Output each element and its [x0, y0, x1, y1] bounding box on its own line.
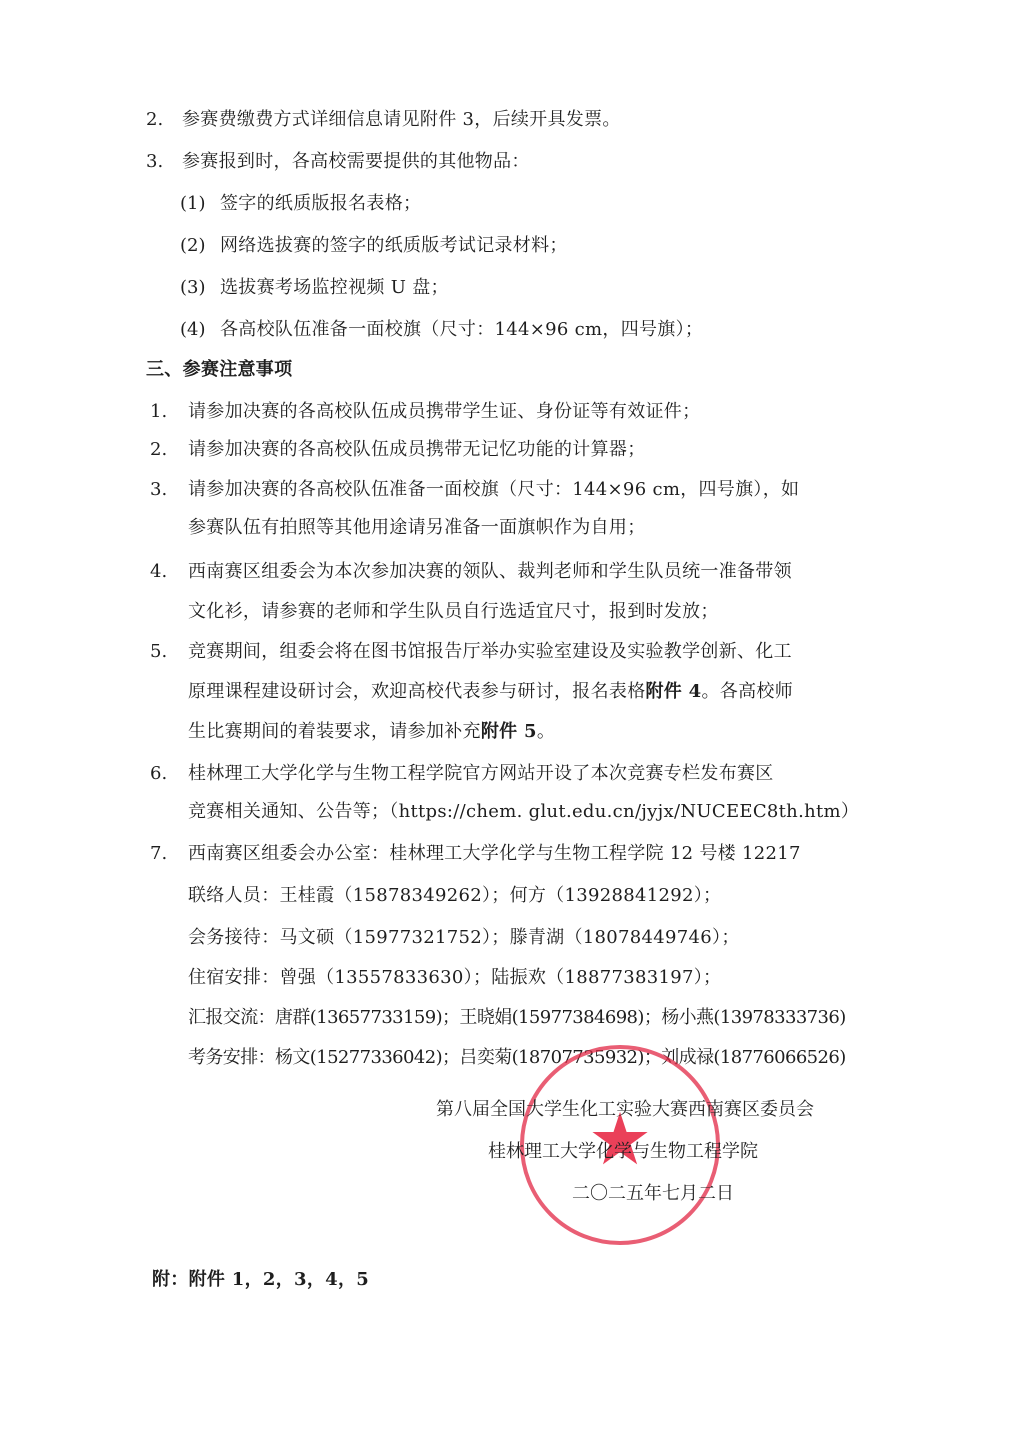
attachment-ref: 附件 4	[646, 681, 702, 702]
item-text: 西南赛区组委会为本次参加决赛的领队、裁判老师和学生队员统一准备带领	[188, 560, 792, 584]
item-text-continued: 生比赛期间的着装要求，请参加补充附件 5。	[188, 720, 555, 744]
signature-date: 二〇二五年七月二日	[572, 1182, 734, 1206]
item-text: 参赛费缴费方式详细信息请见附件 3，后续开具发票。	[182, 108, 621, 132]
sub-item-text: 选拔赛考场监控视频 U 盘；	[220, 276, 449, 300]
sub-item-number: (4)	[180, 318, 206, 342]
item-number: 3.	[150, 478, 167, 502]
attachments-list: 附：附件 1，2，3，4，5	[152, 1268, 369, 1292]
item-number: 1.	[150, 400, 167, 424]
contact-line: 考务安排：杨文(15277336042)；吕奕菊(18707735932)；刘成…	[188, 1046, 846, 1070]
item-number: 5.	[150, 640, 167, 664]
item-text-continued: 文化衫，请参赛的老师和学生队员自行选适宜尺寸，报到时发放；	[188, 600, 719, 624]
item-number: 2.	[150, 438, 167, 462]
item-text-continued: 参赛队伍有拍照等其他用途请另准备一面旗帜作为自用；	[188, 516, 646, 540]
item-text: 请参加决赛的各高校队伍成员携带学生证、身份证等有效证件；	[188, 400, 700, 424]
item-text: 请参加决赛的各高校队伍准备一面校旗（尺寸：144×96 cm，四号旗），如	[188, 478, 799, 502]
signature-org: 第八届全国大学生化工实验大赛西南赛区委员会	[436, 1098, 814, 1122]
sub-item-text: 签字的纸质版报名表格；	[220, 192, 421, 216]
section-heading: 三、参赛注意事项	[146, 358, 292, 382]
sub-item-number: (2)	[180, 234, 206, 258]
attachment-ref: 附件 5	[481, 721, 537, 742]
contact-line: 会务接待：马文硕（15977321752）；滕青湖（18078449746）；	[188, 926, 740, 950]
contact-line: 联络人员：王桂霞（15878349262）；何方（13928841292）；	[188, 884, 721, 908]
item-number: 7.	[150, 842, 167, 866]
item-number: 6.	[150, 762, 167, 786]
sub-item-number: (3)	[180, 276, 206, 300]
signature-school: 桂林理工大学化学与生物工程学院	[488, 1140, 758, 1164]
sub-item-number: (1)	[180, 192, 206, 216]
sub-item-text: 网络选拔赛的签字的纸质版考试记录材料；	[220, 234, 568, 258]
item-text: 参赛报到时，各高校需要提供的其他物品：	[182, 150, 530, 174]
item-number: 4.	[150, 560, 167, 584]
contact-line: 汇报交流：唐群(13657733159)；王晓娟(15977384698)；杨小…	[188, 1006, 846, 1030]
sub-item-text: 各高校队伍准备一面校旗（尺寸：144×96 cm，四号旗）；	[220, 318, 703, 342]
item-text-continued: 原理课程建设研讨会，欢迎高校代表参与研讨，报名表格附件 4。各高校师	[188, 680, 793, 704]
item-text-url: 竞赛相关通知、公告等；（https://chem. glut.edu.cn/jy…	[188, 800, 859, 824]
item-number: 2.	[146, 108, 163, 132]
item-text: 竞赛期间，组委会将在图书馆报告厅举办实验室建设及实验教学创新、化工	[188, 640, 792, 664]
item-text: 西南赛区组委会办公室：桂林理工大学化学与生物工程学院 12 号楼 12217	[188, 842, 801, 866]
item-text: 桂林理工大学化学与生物工程学院官方网站开设了本次竞赛专栏发布赛区	[188, 762, 774, 786]
item-text: 请参加决赛的各高校队伍成员携带无记忆功能的计算器；	[188, 438, 646, 462]
item-number: 3.	[146, 150, 163, 174]
contact-line: 住宿安排：曾强（13557833630）；陆振欢（18877383197）；	[188, 966, 721, 990]
